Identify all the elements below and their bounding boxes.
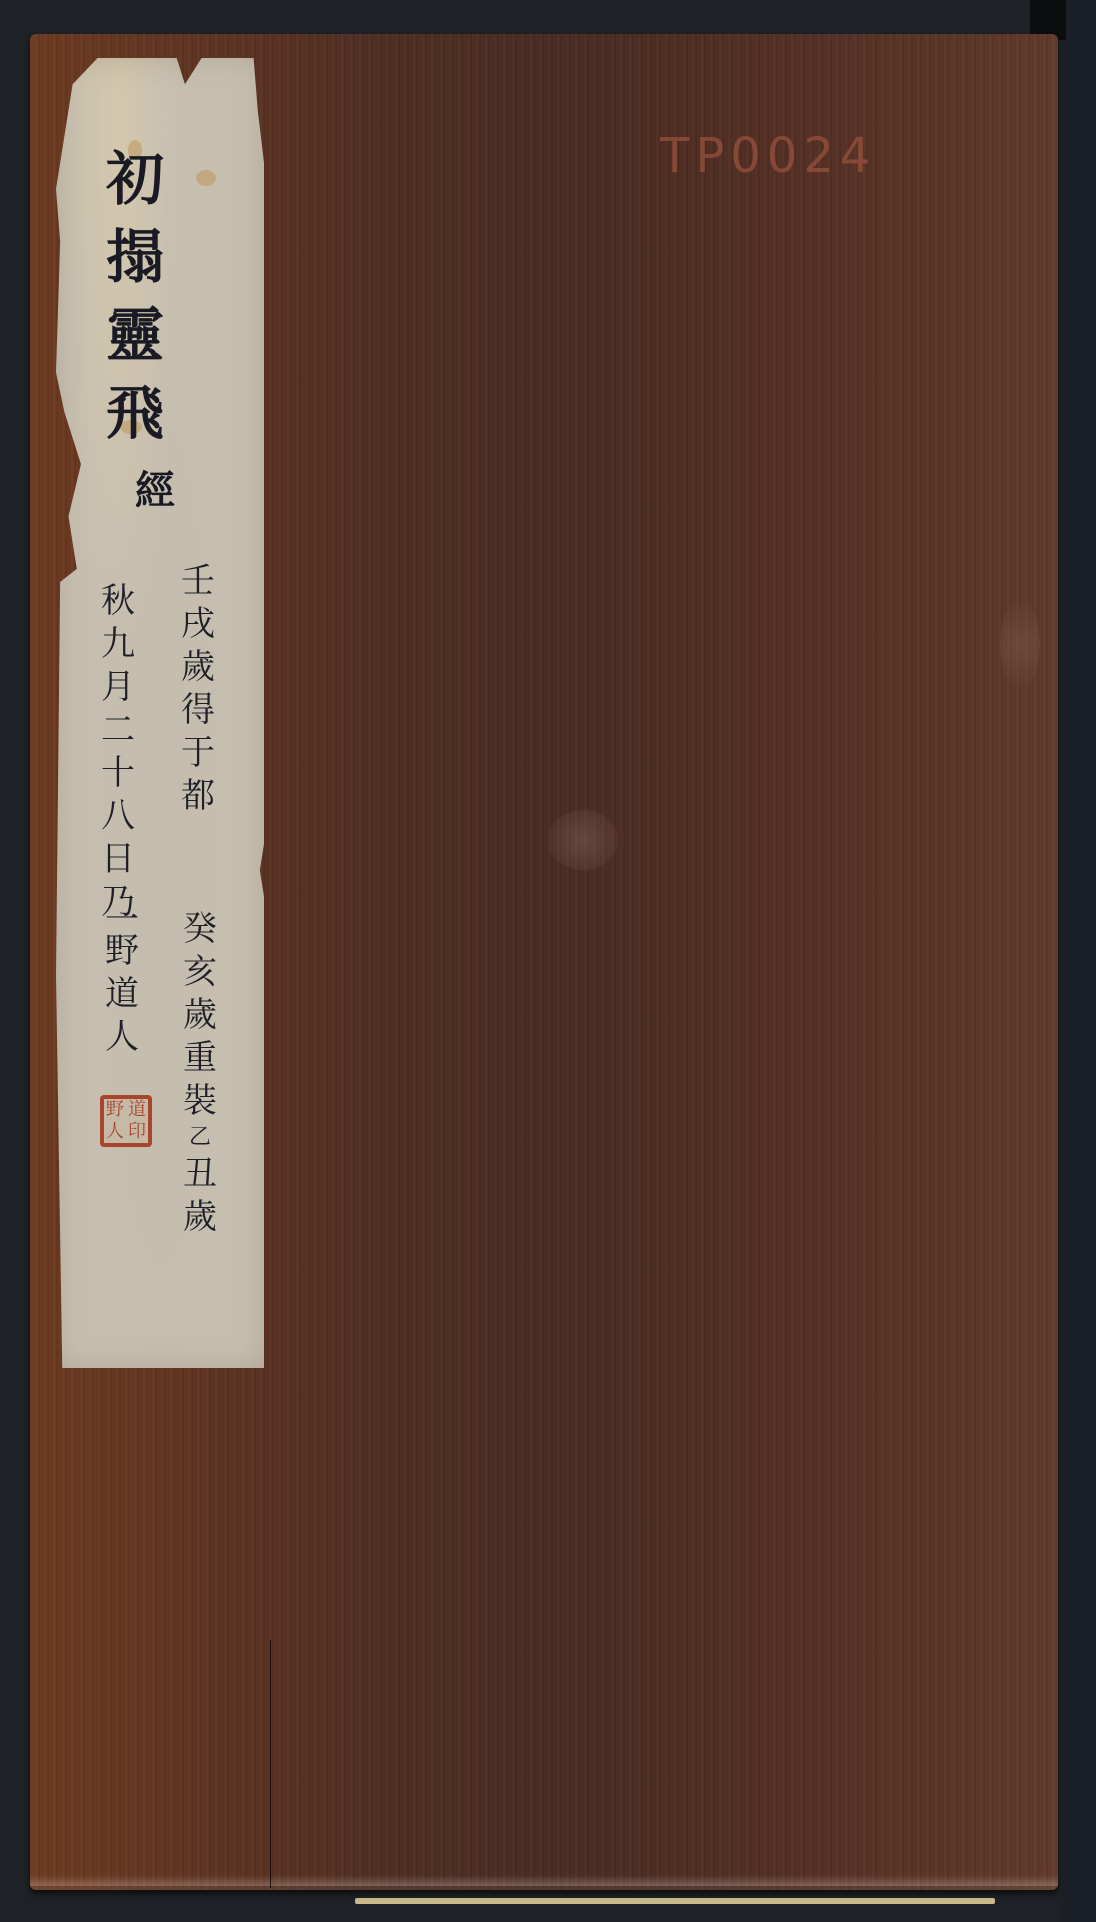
- inscription-char: 于: [181, 732, 215, 775]
- inscription-char: 癸: [183, 908, 217, 951]
- inscription-char: 壬: [181, 560, 215, 603]
- underlying-paper-edge: [355, 1898, 995, 1904]
- seal-char: 印: [126, 1121, 148, 1143]
- inscription-char: 歲: [183, 1196, 217, 1239]
- red-seal-stamp: 野 道 人 印: [100, 1095, 152, 1147]
- board-worn-edge: [30, 1876, 1058, 1886]
- title-char: 經: [135, 452, 175, 530]
- inscription-char: 野: [105, 930, 139, 973]
- inscription-char: 一: [105, 910, 139, 930]
- inscription-char: 重: [183, 1037, 217, 1080]
- inscription-char: 月: [101, 666, 135, 709]
- inscription-char: 八: [101, 795, 135, 838]
- seal-char: 野: [104, 1099, 126, 1121]
- inscription-column-left-2: 一 野 道 人: [100, 910, 144, 1059]
- title-char: 搨: [106, 218, 164, 296]
- inscription-char: 丑: [183, 1153, 217, 1196]
- background-panel: [1062, 0, 1096, 1922]
- inscription-char: 歲: [181, 646, 215, 689]
- inscription-char: 亥: [183, 951, 217, 994]
- inscription-char: 道: [105, 973, 139, 1016]
- title-char: 初: [106, 140, 164, 218]
- foxing-spot: [196, 170, 216, 186]
- seal-char: 道: [126, 1099, 148, 1121]
- inscription-char: 乙: [189, 1123, 211, 1153]
- inscription-char: 秋: [101, 580, 135, 623]
- catalog-number: TP0024: [660, 128, 876, 184]
- inscription-char: 十: [101, 752, 135, 795]
- inscription-char: 二: [101, 709, 135, 752]
- wood-stain: [1000, 600, 1040, 690]
- title-char: 靈: [106, 296, 164, 374]
- inscription-char: 人: [105, 1016, 139, 1059]
- title-calligraphy: 初 搨 靈 飛 經: [95, 140, 175, 530]
- inscription-column-right: 壬 戌 歲 得 于 都: [176, 560, 220, 818]
- inscription-char: 得: [181, 689, 215, 732]
- wood-stain: [548, 810, 618, 870]
- inscription-char: 都: [181, 775, 215, 818]
- inscription-column-left: 秋 九 月 二 十 八 日 乃: [96, 580, 140, 924]
- inscription-char: 日: [101, 838, 135, 881]
- wood-crack: [270, 1640, 271, 1888]
- inscription-char: 裝: [183, 1080, 217, 1123]
- inscription-char: 戌: [181, 603, 215, 646]
- inscription-char: 九: [101, 623, 135, 666]
- inscription-char: 歲: [183, 994, 217, 1037]
- inscription-column-right-2: 癸 亥 歲 重 裝 乙 丑 歲: [178, 908, 222, 1239]
- seal-char: 人: [104, 1121, 126, 1143]
- title-char: 飛: [106, 374, 164, 452]
